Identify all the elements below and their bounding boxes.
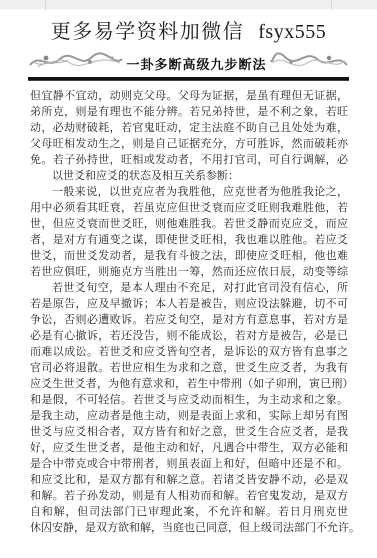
body-text-line: 世爻，而世爻发动者，是我有斗彼之法，即使应爻旺相，他也难以胜我。	[30, 248, 348, 264]
body-text: 但宜静不宜动，动则克父母。父母为证据，是虽有理但无证据，若被兄弟所克，则是有理也…	[30, 88, 348, 536]
chapter-header-band: 一卦多断高级九步断法	[28, 51, 349, 75]
scan-edge-divider	[45, 0, 46, 10]
body-text-line: 者，是对方有通变之谋，即使世爻旺相，我也难以胜他。若应爻静而克	[30, 232, 348, 248]
body-text-line: 动，必劫财破耗，若官鬼旺动，定主法庭不助自己且处处为难，只有当	[30, 120, 348, 136]
body-text-line: 一般来说，以世克应者为我胜他，应克世者为他胜我论之，但在应	[30, 184, 348, 200]
body-text-line: 而难以成讼。若世爻和应爻皆旬空者，是诉讼的双方皆有息事之意，故	[30, 344, 348, 360]
body-text-line: 若是原告，应及早撤诉；本人若是被告，则应设法躲避，切不可与对方	[30, 296, 348, 312]
body-text-line: 自和解，但司法部门已审理此案，不允许和解。若日月刑克世应，官鬼	[30, 504, 348, 520]
body-text-line: 和应爻比和，是双方都有和解之意。若诸爻皆安静不动，必是双方自动	[30, 472, 348, 488]
body-text-line: 是我主动，应动者是他主动，则是表面上求和，实际上却另有图谋。若	[30, 408, 348, 424]
body-text-line: 若世爻旬空，是本人理由不充足，对打此官司没有信心，所以本人	[30, 280, 348, 296]
dragon-ornament-icon	[28, 50, 124, 77]
scan-edge-divider	[331, 0, 332, 10]
body-text-line: 必是有心撤诉，若还没告，则不能成讼，若对方是被告，必是已经躲避，	[30, 328, 348, 344]
body-text-line: 和解。若子孙发动，则是有人相劝而和解。若官鬼发动，是双方虽欲私	[30, 488, 348, 504]
body-text-line: 休囚安静，是双方欲和解，当庭也已同意，但上级司法部门不允许。	[30, 520, 348, 536]
page-title-wechat-code: fsyx555	[258, 21, 326, 43]
body-text-line: 父母旺相发动生之，则是自己证据充分，方可胜诉，然而破耗亦在所难	[30, 136, 348, 152]
body-text-line: 世爻与应爻相合者，双方皆有和好之意，世爻生合应爻者，是我主动和	[30, 424, 348, 440]
body-text-line: 好，应爻生世爻者，是他主动和好，凡遇合中带生，双方必能和好，若	[30, 440, 348, 456]
body-text-line: 用中必须看其旺衰，若虽克应但世爻衰而应爻旺则我难胜他，若虽应克	[30, 200, 348, 216]
body-text-line: 官司必将退散。若世应相生为求和之意，世爻生应爻者，为我有意求和，	[30, 360, 348, 376]
body-text-line: 和是假，不可轻信。若世爻与应爻动而相生，为主动求和之象。世动者，	[30, 392, 348, 408]
header-rule	[28, 77, 349, 81]
body-text-line: 世，但应爻衰而世爻旺，则他难胜我。若世爻静而克应爻，而应爻发动	[30, 216, 348, 232]
page-title-cn: 更多易学资料加微信	[51, 21, 245, 43]
body-text-line: 是合中带克或合中带刑者，则虽表面上和好，但暗中还是不和。若世爻	[30, 456, 348, 472]
body-text-line: 若世应俱旺，则施克方当胜出一筹，然而还应依日辰，动变等综合参断。	[30, 264, 348, 280]
chapter-title: 一卦多断高级九步断法	[126, 54, 266, 73]
body-text-line: 应爻生世爻者，为他有意求和，若生中带刑（如子卯刑，寅巳刑）则求	[30, 376, 348, 392]
body-text-line: 争讼，否则必遭败诉。若应爻旬空，是对方有意息事，若对方是原告，	[30, 312, 348, 328]
body-text-line: 免。若子孙持世，旺相或发动者，不用打官司，可自行调解，必能如愿。	[30, 152, 348, 168]
body-text-line: 但宜静不宜动，动则克父母。父母为证据，是虽有理但无证据，若被兄	[30, 88, 348, 104]
page-title: 更多易学资料加微信fsyx555	[0, 19, 377, 46]
body-text-line: 弟所克，则是有理也不能分辨。若兄弟持世，是不利之象，若旺相或发	[30, 104, 348, 120]
body-text-line: 以世爻和应爻的状态及相互关系参断：	[30, 168, 348, 184]
dragon-ornament-icon	[269, 51, 349, 76]
scan-edge-strip	[0, 0, 377, 10]
